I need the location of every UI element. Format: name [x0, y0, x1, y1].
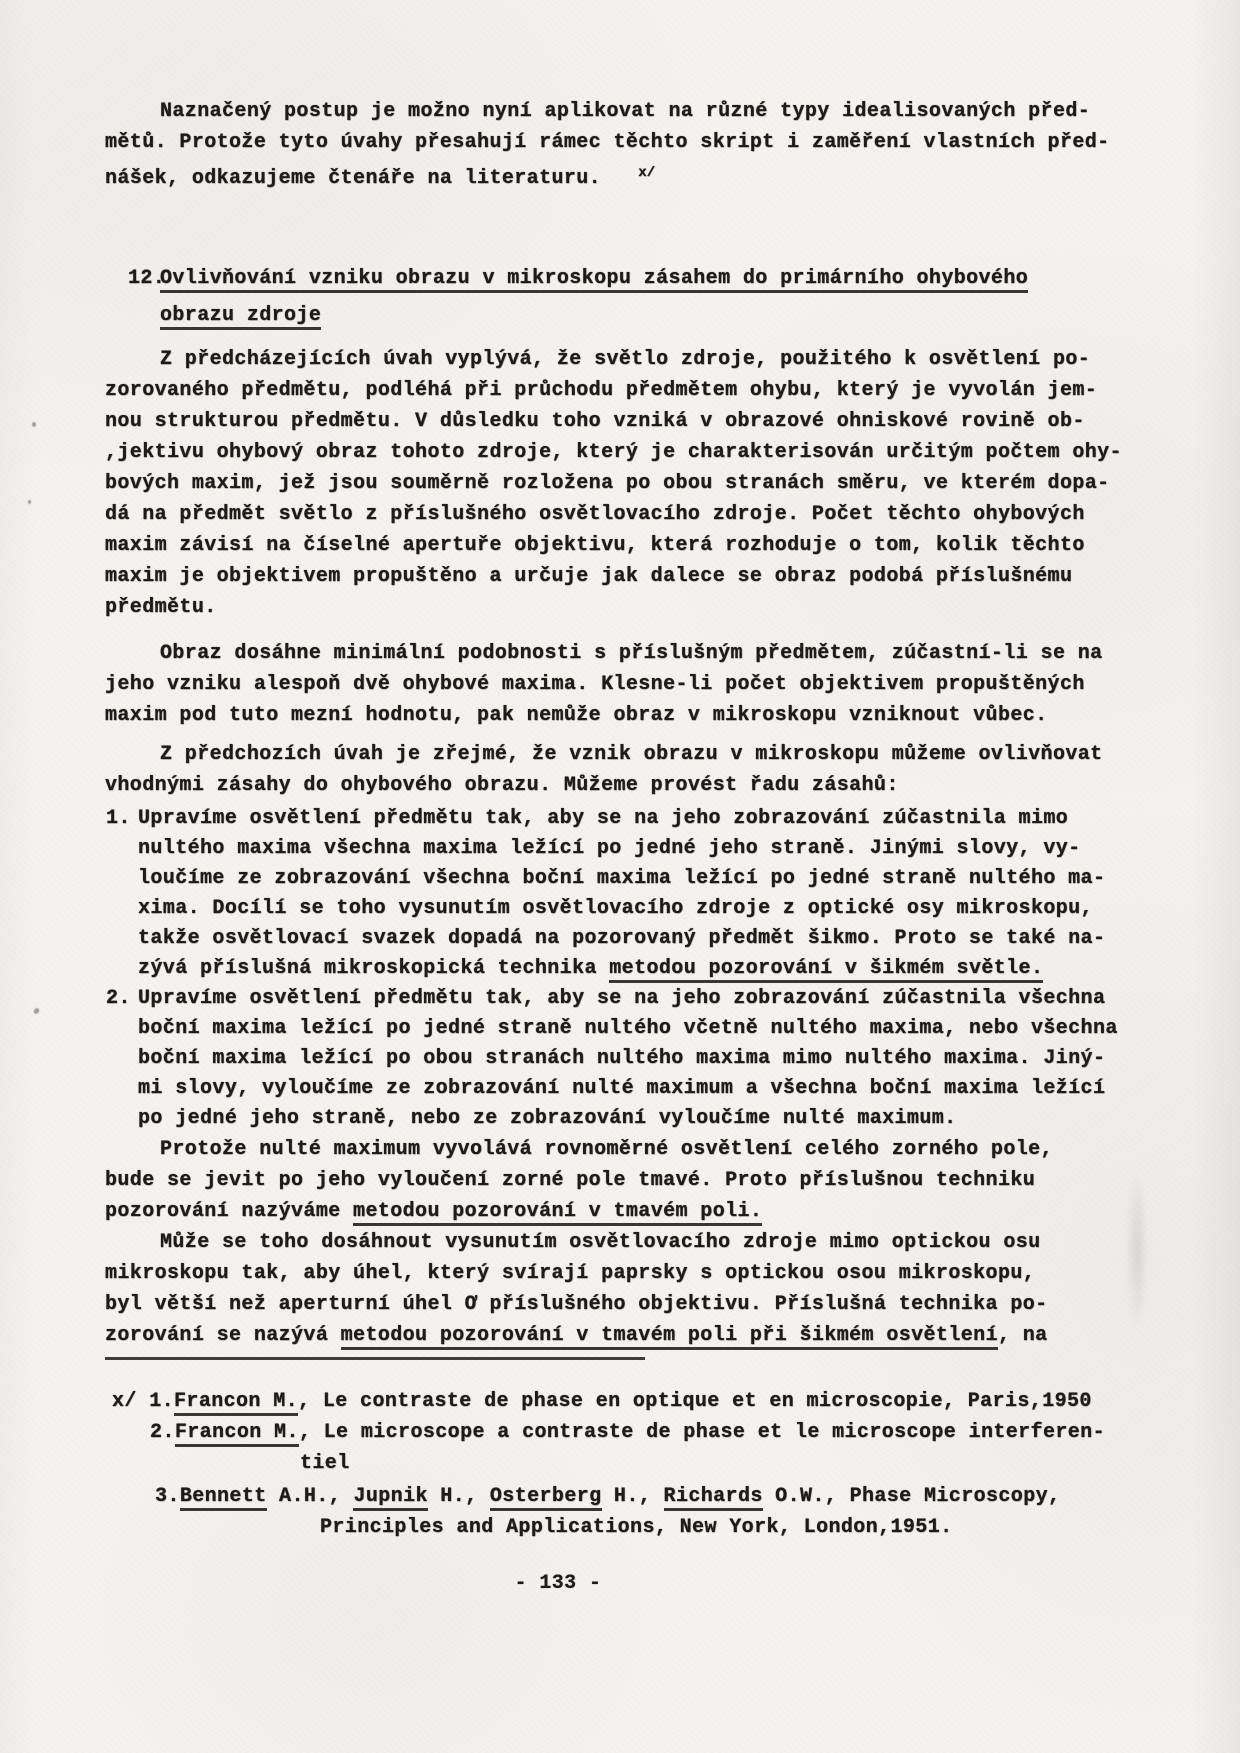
text-segment: pozorování nazýváme	[105, 1200, 353, 1223]
list-item-number: 1.	[106, 804, 131, 834]
list-item-number: 2.	[106, 984, 131, 1014]
text-segment: nultého maxima všechna maxima ležící po …	[138, 837, 1081, 860]
footnote-marker: x/	[638, 165, 655, 181]
text-line: bových maxim, jež jsou souměrně rozložen…	[105, 468, 1182, 499]
list-item-2: 2.Upravíme osvětlení předmětu tak, aby s…	[105, 984, 1182, 1134]
text-segment: Z předcházejících úvah vyplývá, že světl…	[160, 348, 1090, 371]
text-segment: Může se toho dosáhnout vysunutím osvětlo…	[160, 1231, 1041, 1254]
scan-speck	[32, 422, 36, 427]
text-segment: byl větší než aperturní úhel Ơ příslušné…	[105, 1293, 1048, 1316]
text-line: nou strukturou předmětu. V důsledku toho…	[105, 406, 1182, 437]
underlined-text: Richards	[664, 1485, 763, 1511]
text-segment: ,jektivu ohybový obraz tohoto zdroje, kt…	[105, 441, 1122, 464]
text-segment: x/ 1.	[112, 1390, 174, 1413]
text-segment: mikroskopu tak, aby úhel, který svírají …	[105, 1262, 1035, 1285]
text-line: pozorování nazýváme metodou pozorování v…	[105, 1196, 1182, 1227]
underlined-text: Jupnik	[353, 1485, 427, 1511]
underlined-text: metodou pozorování v tmavém poli při šik…	[341, 1324, 998, 1350]
paragraph-3: Z předchozích úvah je zřejmé, že vznik o…	[105, 739, 1182, 801]
text-line: vhodnými zásahy do ohybového obrazu. Můž…	[105, 770, 1182, 801]
text-segment: předmětu.	[105, 596, 217, 619]
text-line: Protože nulté maximum vyvolává rovnoměrn…	[105, 1134, 1182, 1165]
text-segment: bových maxim, jež jsou souměrně rozložen…	[105, 472, 1110, 495]
underlined-text: metodou pozorování v tmavém poli.	[353, 1200, 762, 1226]
text-line: zorování se nazývá metodou pozorování v …	[105, 1320, 1182, 1351]
scan-speck	[28, 500, 31, 504]
text-line: nultého maxima všechna maxima ležící po …	[138, 834, 1182, 864]
text-segment: Protože nulté maximum vyvolává rovnoměrn…	[160, 1138, 1053, 1161]
text-line: Obraz dosáhne minimální podobnosti s pří…	[105, 638, 1182, 669]
paragraph-4: Protože nulté maximum vyvolává rovnoměrn…	[105, 1134, 1182, 1227]
text-segment: , Le microscope a contraste de phase et …	[299, 1421, 1105, 1444]
text-line: 2.Francon M., Le microscope a contraste …	[105, 1417, 1182, 1448]
text-segment: xima. Docílí se toho vysunutím osvětlova…	[138, 897, 1093, 920]
text-segment: vhodnými zásahy do ohybového obrazu. Můž…	[105, 774, 899, 797]
underlined-text: obrazu zdroje	[160, 304, 321, 330]
text-segment: H.,	[428, 1485, 490, 1508]
underlined-text: metodou pozorování v šikmém světle.	[609, 957, 1043, 983]
footnote-2: 2.Francon M., Le microscope a contraste …	[105, 1417, 1182, 1448]
document-content: Naznačený postup je možno nyní aplikovat…	[105, 96, 1182, 1543]
text-line: mětů. Protože tyto úvahy přesahují rámec…	[105, 127, 1182, 158]
paragraph-2: Obraz dosáhne minimální podobnosti s pří…	[105, 638, 1182, 731]
text-line: Upravíme osvětlení předmětu tak, aby se …	[138, 804, 1182, 834]
underlined-text: Bennett	[180, 1485, 267, 1511]
text-segment: , Le contraste de phase en optique et en…	[298, 1390, 1092, 1413]
section-number: 12.	[128, 260, 165, 297]
footnote-separator	[105, 1357, 645, 1360]
text-segment: maxim je objektivem propuštěno a určuje …	[105, 565, 1072, 588]
text-line: zývá příslušná mikroskopická technika me…	[138, 954, 1182, 984]
text-line: mikroskopu tak, aby úhel, který svírají …	[105, 1258, 1182, 1289]
text-segment: maxim pod tuto mezní hodnotu, pak nemůže…	[105, 704, 1048, 727]
text-line: Upravíme osvětlení předmětu tak, aby se …	[138, 984, 1182, 1014]
list-item-1: 1.Upravíme osvětlení předmětu tak, aby s…	[105, 804, 1182, 984]
text-line: dá na předmět světlo z příslušného osvět…	[105, 499, 1182, 530]
text-line: takže osvětlovací svazek dopadá na pozor…	[138, 924, 1182, 954]
text-segment: zorovaného předmětu, podléhá při průchod…	[105, 379, 1097, 402]
text-segment: H.,	[602, 1485, 664, 1508]
text-segment: loučíme ze zobrazování všechna boční max…	[138, 867, 1105, 890]
text-segment: takže osvětlovací svazek dopadá na pozor…	[138, 927, 1105, 950]
text-line: Principles and Applications, New York, L…	[105, 1512, 1182, 1543]
text-segment: bude se jevit po jeho vyloučení zorné po…	[105, 1169, 1035, 1192]
text-segment: mi slovy, vyloučíme ze zobrazování nulté…	[138, 1077, 1105, 1100]
footnote-3: 3.Bennett A.H., Jupnik H., Osterberg H.,…	[105, 1481, 1182, 1512]
text-line: boční maxima ležící po obou stranách nul…	[138, 1044, 1182, 1074]
text-line: obrazu zdroje	[160, 297, 1182, 334]
text-segment: nášek, odkazujeme čtenáře na literaturu.	[105, 167, 638, 190]
text-line: Ovlivňování vzniku obrazu v mikroskopu z…	[160, 260, 1182, 297]
text-segment: boční maxima ležící po jedné straně nult…	[138, 1017, 1118, 1040]
text-segment: Upravíme osvětlení předmětu tak, aby se …	[138, 807, 1068, 830]
text-segment: Upravíme osvětlení předmětu tak, aby se …	[138, 987, 1105, 1010]
footnote-2-continuation: tiel	[105, 1448, 1182, 1479]
text-line: x/ 1.Francon M., Le contraste de phase e…	[105, 1386, 1182, 1417]
text-segment: nou strukturou předmětu. V důsledku toho…	[105, 410, 1085, 433]
text-line: Z předchozích úvah je zřejmé, že vznik o…	[105, 739, 1182, 770]
text-segment: 2.	[150, 1421, 175, 1444]
underlined-text: Osterberg	[490, 1485, 602, 1511]
underlined-text: Ovlivňování vzniku obrazu v mikroskopu z…	[160, 267, 1028, 293]
text-line: Naznačený postup je možno nyní aplikovat…	[105, 96, 1182, 127]
underlined-text: Francon M.	[174, 1390, 298, 1416]
document-page: Naznačený postup je možno nyní aplikovat…	[0, 0, 1240, 1753]
text-segment: 3.	[155, 1485, 180, 1508]
text-segment: po jedné jeho straně, nebo ze zobrazován…	[138, 1107, 957, 1130]
text-segment: boční maxima ležící po obou stranách nul…	[138, 1047, 1105, 1070]
text-line: maxim pod tuto mezní hodnotu, pak nemůže…	[105, 700, 1182, 731]
underlined-text: Francon M.	[175, 1421, 299, 1447]
text-line: bude se jevit po jeho vyloučení zorné po…	[105, 1165, 1182, 1196]
text-line: Z předcházejících úvah vyplývá, že světl…	[105, 344, 1182, 375]
intro-paragraph: Naznačený postup je možno nyní aplikovat…	[105, 96, 1182, 194]
text-line: předmětu.	[105, 592, 1182, 623]
text-line: ,jektivu ohybový obraz tohoto zdroje, kt…	[105, 437, 1182, 468]
text-line: po jedné jeho straně, nebo ze zobrazován…	[138, 1104, 1182, 1134]
paragraph-1: Z předcházejících úvah vyplývá, že světl…	[105, 344, 1182, 623]
text-segment: zývá příslušná mikroskopická technika	[138, 957, 609, 980]
text-line: maxim závisí na číselné apertuře objekti…	[105, 530, 1182, 561]
text-line: nášek, odkazujeme čtenáře na literaturu.…	[105, 158, 1182, 194]
scan-smudge	[1124, 1140, 1150, 1360]
text-segment: maxim závisí na číselné apertuře objekti…	[105, 534, 1085, 557]
text-line: zorovaného předmětu, podléhá při průchod…	[105, 375, 1182, 406]
scan-speck	[33, 1007, 40, 1015]
text-line: Může se toho dosáhnout vysunutím osvětlo…	[105, 1227, 1182, 1258]
footnote-1: x/ 1.Francon M., Le contraste de phase e…	[105, 1386, 1182, 1417]
text-line: 3.Bennett A.H., Jupnik H., Osterberg H.,…	[105, 1481, 1182, 1512]
text-line: boční maxima ležící po jedné straně nult…	[138, 1014, 1182, 1044]
text-line: jeho vzniku alespoň dvě ohybové maxima. …	[105, 669, 1182, 700]
section-heading: 12.Ovlivňování vzniku obrazu v mikroskop…	[105, 260, 1182, 334]
text-segment: tiel	[300, 1452, 350, 1475]
text-segment: O.W., Phase Microscopy,	[763, 1485, 1061, 1508]
text-segment: dá na předmět světlo z příslušného osvět…	[105, 503, 1085, 526]
text-line: loučíme ze zobrazování všechna boční max…	[138, 864, 1182, 894]
text-segment: Naznačený postup je možno nyní aplikovat…	[160, 100, 1090, 123]
text-line: mi slovy, vyloučíme ze zobrazování nulté…	[138, 1074, 1182, 1104]
text-segment: Z předchozích úvah je zřejmé, že vznik o…	[160, 743, 1103, 766]
footnote-3-continuation: Principles and Applications, New York, L…	[105, 1512, 1182, 1543]
text-segment: zorování se nazývá	[105, 1324, 341, 1347]
text-segment: Principles and Applications, New York, L…	[320, 1516, 953, 1539]
text-segment: jeho vzniku alespoň dvě ohybové maxima. …	[105, 673, 1085, 696]
text-line: xima. Docílí se toho vysunutím osvětlova…	[138, 894, 1182, 924]
text-segment: mětů. Protože tyto úvahy přesahují rámec…	[105, 131, 1110, 154]
paragraph-5: Může se toho dosáhnout vysunutím osvětlo…	[105, 1227, 1182, 1351]
text-line: tiel	[105, 1448, 1182, 1479]
text-segment: A.H.,	[267, 1485, 354, 1508]
text-segment: Obraz dosáhne minimální podobnosti s pří…	[160, 642, 1103, 665]
text-segment: , na	[998, 1324, 1048, 1347]
page-number: - 133 -	[0, 1568, 1178, 1599]
text-line: byl větší než aperturní úhel Ơ příslušné…	[105, 1289, 1182, 1320]
text-line: maxim je objektivem propuštěno a určuje …	[105, 561, 1182, 592]
